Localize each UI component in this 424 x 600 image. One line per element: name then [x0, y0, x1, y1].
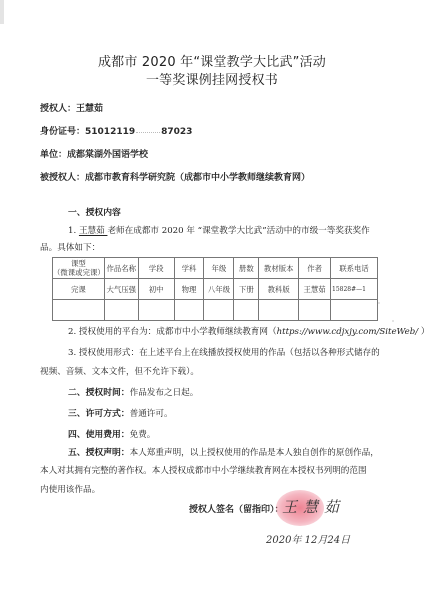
section2-heading: 二、授权时间： [68, 388, 130, 398]
section1-heading: 一、授权内容 [68, 205, 121, 218]
unit-label: 单位： [40, 150, 67, 160]
handwritten-signature: 王慧茹 [282, 496, 345, 517]
table-cell-phone: 15828#—1 [331, 279, 378, 300]
header-cell: 联系电话 [331, 258, 378, 279]
table-cell: 完课 [53, 279, 105, 300]
section3-text: 普通许可。 [130, 409, 173, 419]
table-cell: 八年级 [204, 279, 234, 300]
signature-label: 授权人签名（留指印）： [189, 502, 284, 515]
header-cell: 学科 [174, 258, 204, 279]
section1-item1-cont: 品。具体如下： [40, 241, 100, 253]
section4-heading: 四、使用费用： [68, 430, 130, 440]
header-cell: 学段 [138, 258, 174, 279]
handwritten-date: 2020年 12月24日 [266, 531, 350, 546]
unit-value: 成都棠湖外国语学校 [67, 150, 148, 160]
section1-item3-line1: 3. 授权使用形式：在上述平台上在线播放授权使用的作品（包括以各种形式储存的 [68, 346, 380, 358]
id-value-prefix: 51012119 [85, 127, 135, 137]
section2-text: 作品发布之日起。 [130, 388, 199, 398]
document-title-line2: 一等奖课例挂网授权书 [0, 69, 424, 88]
document-title-line1: 成都市 2020 年“课堂教学大比武”活动 [0, 51, 424, 70]
teacher-name: 王慧茹 [79, 226, 108, 236]
table-row-empty [53, 300, 378, 321]
grantor-label: 授权人： [40, 104, 76, 114]
section5-heading: 五、授权声明： [68, 448, 130, 458]
grantor-line: 授权人：王慧茹 [40, 101, 103, 114]
id-value-suffix: 87023 [161, 127, 192, 137]
header-cell: 年级 [204, 258, 234, 279]
grantee-line: 被授权人：成都市教育科学研究院（成都市中小学教师继续教育网） [40, 170, 310, 183]
section5-line1: 本人郑重声明，以上授权使用的作品是本人独自创作的原创作品， [130, 448, 379, 458]
section1-item1: 1. 王慧茹 老师在成都市 2020 年 “课堂教学大比武”活动中的市级一等奖获… [68, 224, 370, 236]
platform-url: https://www.cdjxjy.com/SiteWeb/ [277, 327, 419, 337]
section5-line2: 本人对其拥有完整的著作权。本人授权成都市中小学继续教育网在本授权书列明的范围 [40, 464, 367, 476]
id-number-line: 身份证号：5101211987023 [40, 124, 192, 137]
works-table: 课型（微课或完课） 作品名称 学段 学科 年级 册数 教材版本 作者 联系电话 … [52, 257, 378, 321]
grantee-label: 被授权人： [40, 173, 85, 183]
section5-line3: 内使用该作品。 [40, 483, 100, 495]
table-cell: 初中 [138, 279, 174, 300]
header-cell-type: 课型（微课或完课） [53, 258, 105, 279]
table-cell: 教科版 [259, 279, 299, 300]
table-cell: 下册 [234, 279, 259, 300]
table-row: 完课 大气压强 初中 物理 八年级 下册 教科版 王慧茹 15828#—1 [53, 279, 378, 300]
grantee-value: 成都市教育科学研究院（成都市中小学教师继续教育网） [85, 173, 310, 183]
section3: 三、许可方式：普通许可。 [68, 406, 173, 419]
section4-text: 免费。 [130, 430, 156, 440]
section4: 四、使用费用：免费。 [68, 427, 155, 440]
section1-item3-line2: 视频、音频、文本文件，但不允许下载）。 [40, 365, 199, 377]
grantor-value: 王慧茹 [76, 104, 103, 114]
unit-line: 单位：成都棠湖外国语学校 [40, 147, 148, 160]
scan-speck [392, 320, 394, 322]
header-cell: 作品名称 [104, 258, 138, 279]
id-redaction [136, 131, 160, 133]
table-cell: 大气压强 [104, 279, 138, 300]
section5: 五、授权声明：本人郑重声明，以上授权使用的作品是本人独自创作的原创作品， [68, 445, 379, 458]
scan-speck [378, 302, 380, 304]
scan-edge-mark [0, 0, 4, 24]
section3-heading: 三、许可方式： [68, 409, 130, 419]
table-cell: 王慧茹 [299, 279, 331, 300]
id-label: 身份证号： [40, 127, 85, 137]
header-cell: 教材版本 [259, 258, 299, 279]
header-cell: 册数 [234, 258, 259, 279]
section2: 二、授权时间：作品发布之日起。 [68, 385, 198, 398]
section1-item2: 2. 授权使用的平台为：成都市中小学教师继续教育网（https://www.cd… [68, 325, 424, 337]
table-cell: 物理 [174, 279, 204, 300]
header-cell: 作者 [299, 258, 331, 279]
table-header-row: 课型（微课或完课） 作品名称 学段 学科 年级 册数 教材版本 作者 联系电话 [53, 258, 378, 279]
